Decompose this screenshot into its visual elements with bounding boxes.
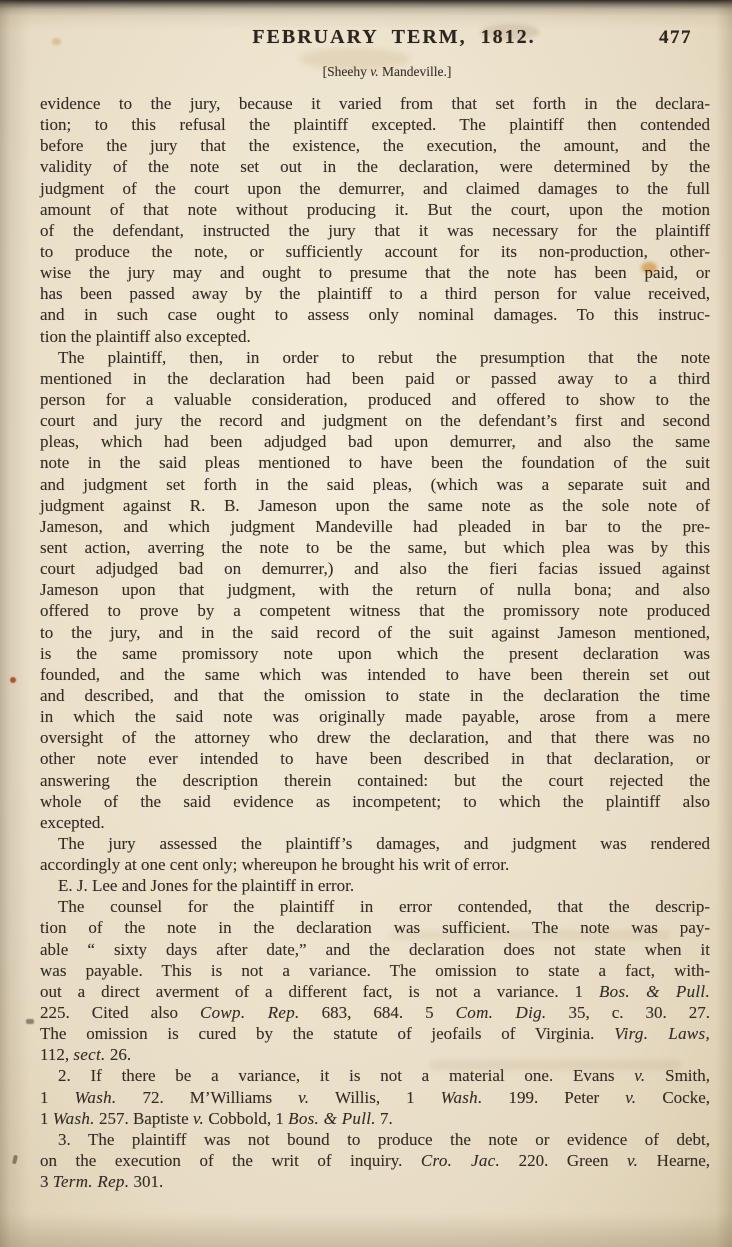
text-line: of the defendant, instructed the jury th… — [40, 220, 710, 241]
paragraph: E. J. Lee and Jones for the plaintiff in… — [40, 875, 710, 896]
text-line: 2. If there be a variance, it is not a m… — [40, 1065, 710, 1086]
text-line: other note ever intended to have been de… — [40, 748, 710, 769]
text-line: is the same promissory note upon which t… — [40, 643, 710, 664]
paragraph: The plaintiff, then, in order to rebut t… — [40, 347, 710, 833]
paragraph: The jury assessed the plaintiff’s damage… — [40, 833, 710, 875]
text-line: and judgment set forth in the said pleas… — [40, 474, 710, 495]
page-number: 477 — [659, 27, 692, 49]
text-line: in which the said note was originally ma… — [40, 706, 710, 727]
paragraph: 3. The plaintiff was not bound to produc… — [40, 1129, 710, 1192]
text-line: was payable. This is not a variance. The… — [40, 960, 710, 981]
text-line: amount of that note without producing it… — [40, 199, 710, 220]
text-line: The omission is cured by the statute of … — [40, 1023, 710, 1044]
case-caption-pre: [Sheehy — [323, 64, 371, 79]
text-line: The plaintiff, then, in order to rebut t… — [40, 347, 710, 368]
text-line: whole of the said evidence as incompeten… — [40, 791, 710, 812]
text-line: Jameson, and which judgment Mandeville h… — [40, 516, 710, 537]
text-line: answering the description therein contai… — [40, 770, 710, 791]
text-line: 112, sect. 26. — [40, 1044, 710, 1065]
text-line: The counsel for the plaintiff in error c… — [40, 896, 710, 917]
paragraph: 2. If there be a variance, it is not a m… — [40, 1065, 710, 1128]
text-line: out a direct averment of a different fac… — [40, 981, 710, 1002]
body-text: evidence to the jury, because it varied … — [0, 93, 732, 1192]
text-line: oversight of the attorney who drew the d… — [40, 727, 710, 748]
text-line: 1 Wash. 72. M’Williams v. Willis, 1 Wash… — [40, 1087, 710, 1108]
paragraph: The counsel for the plaintiff in error c… — [40, 896, 710, 1065]
text-line: accordingly at one cent only; whereupon … — [40, 854, 710, 875]
text-line: before the jury that the existence, the … — [40, 135, 710, 156]
text-line: person for a valuable consideration, pro… — [40, 389, 710, 410]
text-line: court and jury the record and judgment o… — [40, 410, 710, 431]
text-line: 3. The plaintiff was not bound to produc… — [40, 1129, 710, 1150]
text-line: excepted. — [40, 812, 710, 833]
text-line: to the jury, and in the said record of t… — [40, 622, 710, 643]
scanned-book-page: FEBRUARY TERM, 1812. 477 [Sheehy v. Mand… — [0, 0, 732, 1247]
text-line: and described, and that the omission to … — [40, 685, 710, 706]
text-line: judgment of the court upon the demurrer,… — [40, 178, 710, 199]
text-line: court adjudged bad on demurrer,) and als… — [40, 558, 710, 579]
text-line: judgment against R. B. Jameson upon the … — [40, 495, 710, 516]
paragraph: evidence to the jury, because it varied … — [40, 93, 710, 347]
text-line: has been passed away by the plaintiff to… — [40, 283, 710, 304]
text-line: to produce the note, or sufficiently acc… — [40, 241, 710, 262]
case-caption-post: Mandeville.] — [379, 64, 452, 79]
text-line: 1 Wash. 257. Baptiste v. Cobbold, 1 Bos.… — [40, 1108, 710, 1129]
text-line: validity of the note set out in the decl… — [40, 156, 710, 177]
text-line: evidence to the jury, because it varied … — [40, 93, 710, 114]
text-line: The jury assessed the plaintiff’s damage… — [40, 833, 710, 854]
running-head-term: FEBRUARY TERM, 1812. — [0, 26, 732, 49]
text-line: 3 Term. Rep. 301. — [40, 1171, 710, 1192]
page-bottom-shadow — [0, 1213, 732, 1247]
text-line: on the execution of the writ of inquiry.… — [40, 1150, 710, 1171]
text-line: tion of the note in the declaration was … — [40, 917, 710, 938]
text-line: mentioned in the declaration had been pa… — [40, 368, 710, 389]
text-line: pleas, which had been adjudged bad upon … — [40, 431, 710, 452]
text-line: tion; to this refusal the plaintiff exce… — [40, 114, 710, 135]
case-caption: [Sheehy v. Mandeville.] — [0, 64, 732, 80]
text-line: and in such case ought to assess only no… — [40, 304, 710, 325]
text-line: note in the said pleas mentioned to have… — [40, 452, 710, 473]
text-line: 225. Cited also Cowp. Rep. 683, 684. 5 C… — [40, 1002, 710, 1023]
case-caption-versus: v. — [370, 64, 378, 79]
text-line: able “ sixty days after date,” and the d… — [40, 939, 710, 960]
text-line: sent action, averring the note to be the… — [40, 537, 710, 558]
text-line: E. J. Lee and Jones for the plaintiff in… — [40, 875, 710, 896]
text-line: wise the jury may and ought to presume t… — [40, 262, 710, 283]
text-line: Jameson upon that judgment, with the ret… — [40, 579, 710, 600]
text-line: tion the plaintiff also excepted. — [40, 326, 710, 347]
text-line: founded, and the same which was intended… — [40, 664, 710, 685]
text-line: offered to prove by a competent witness … — [40, 600, 710, 621]
